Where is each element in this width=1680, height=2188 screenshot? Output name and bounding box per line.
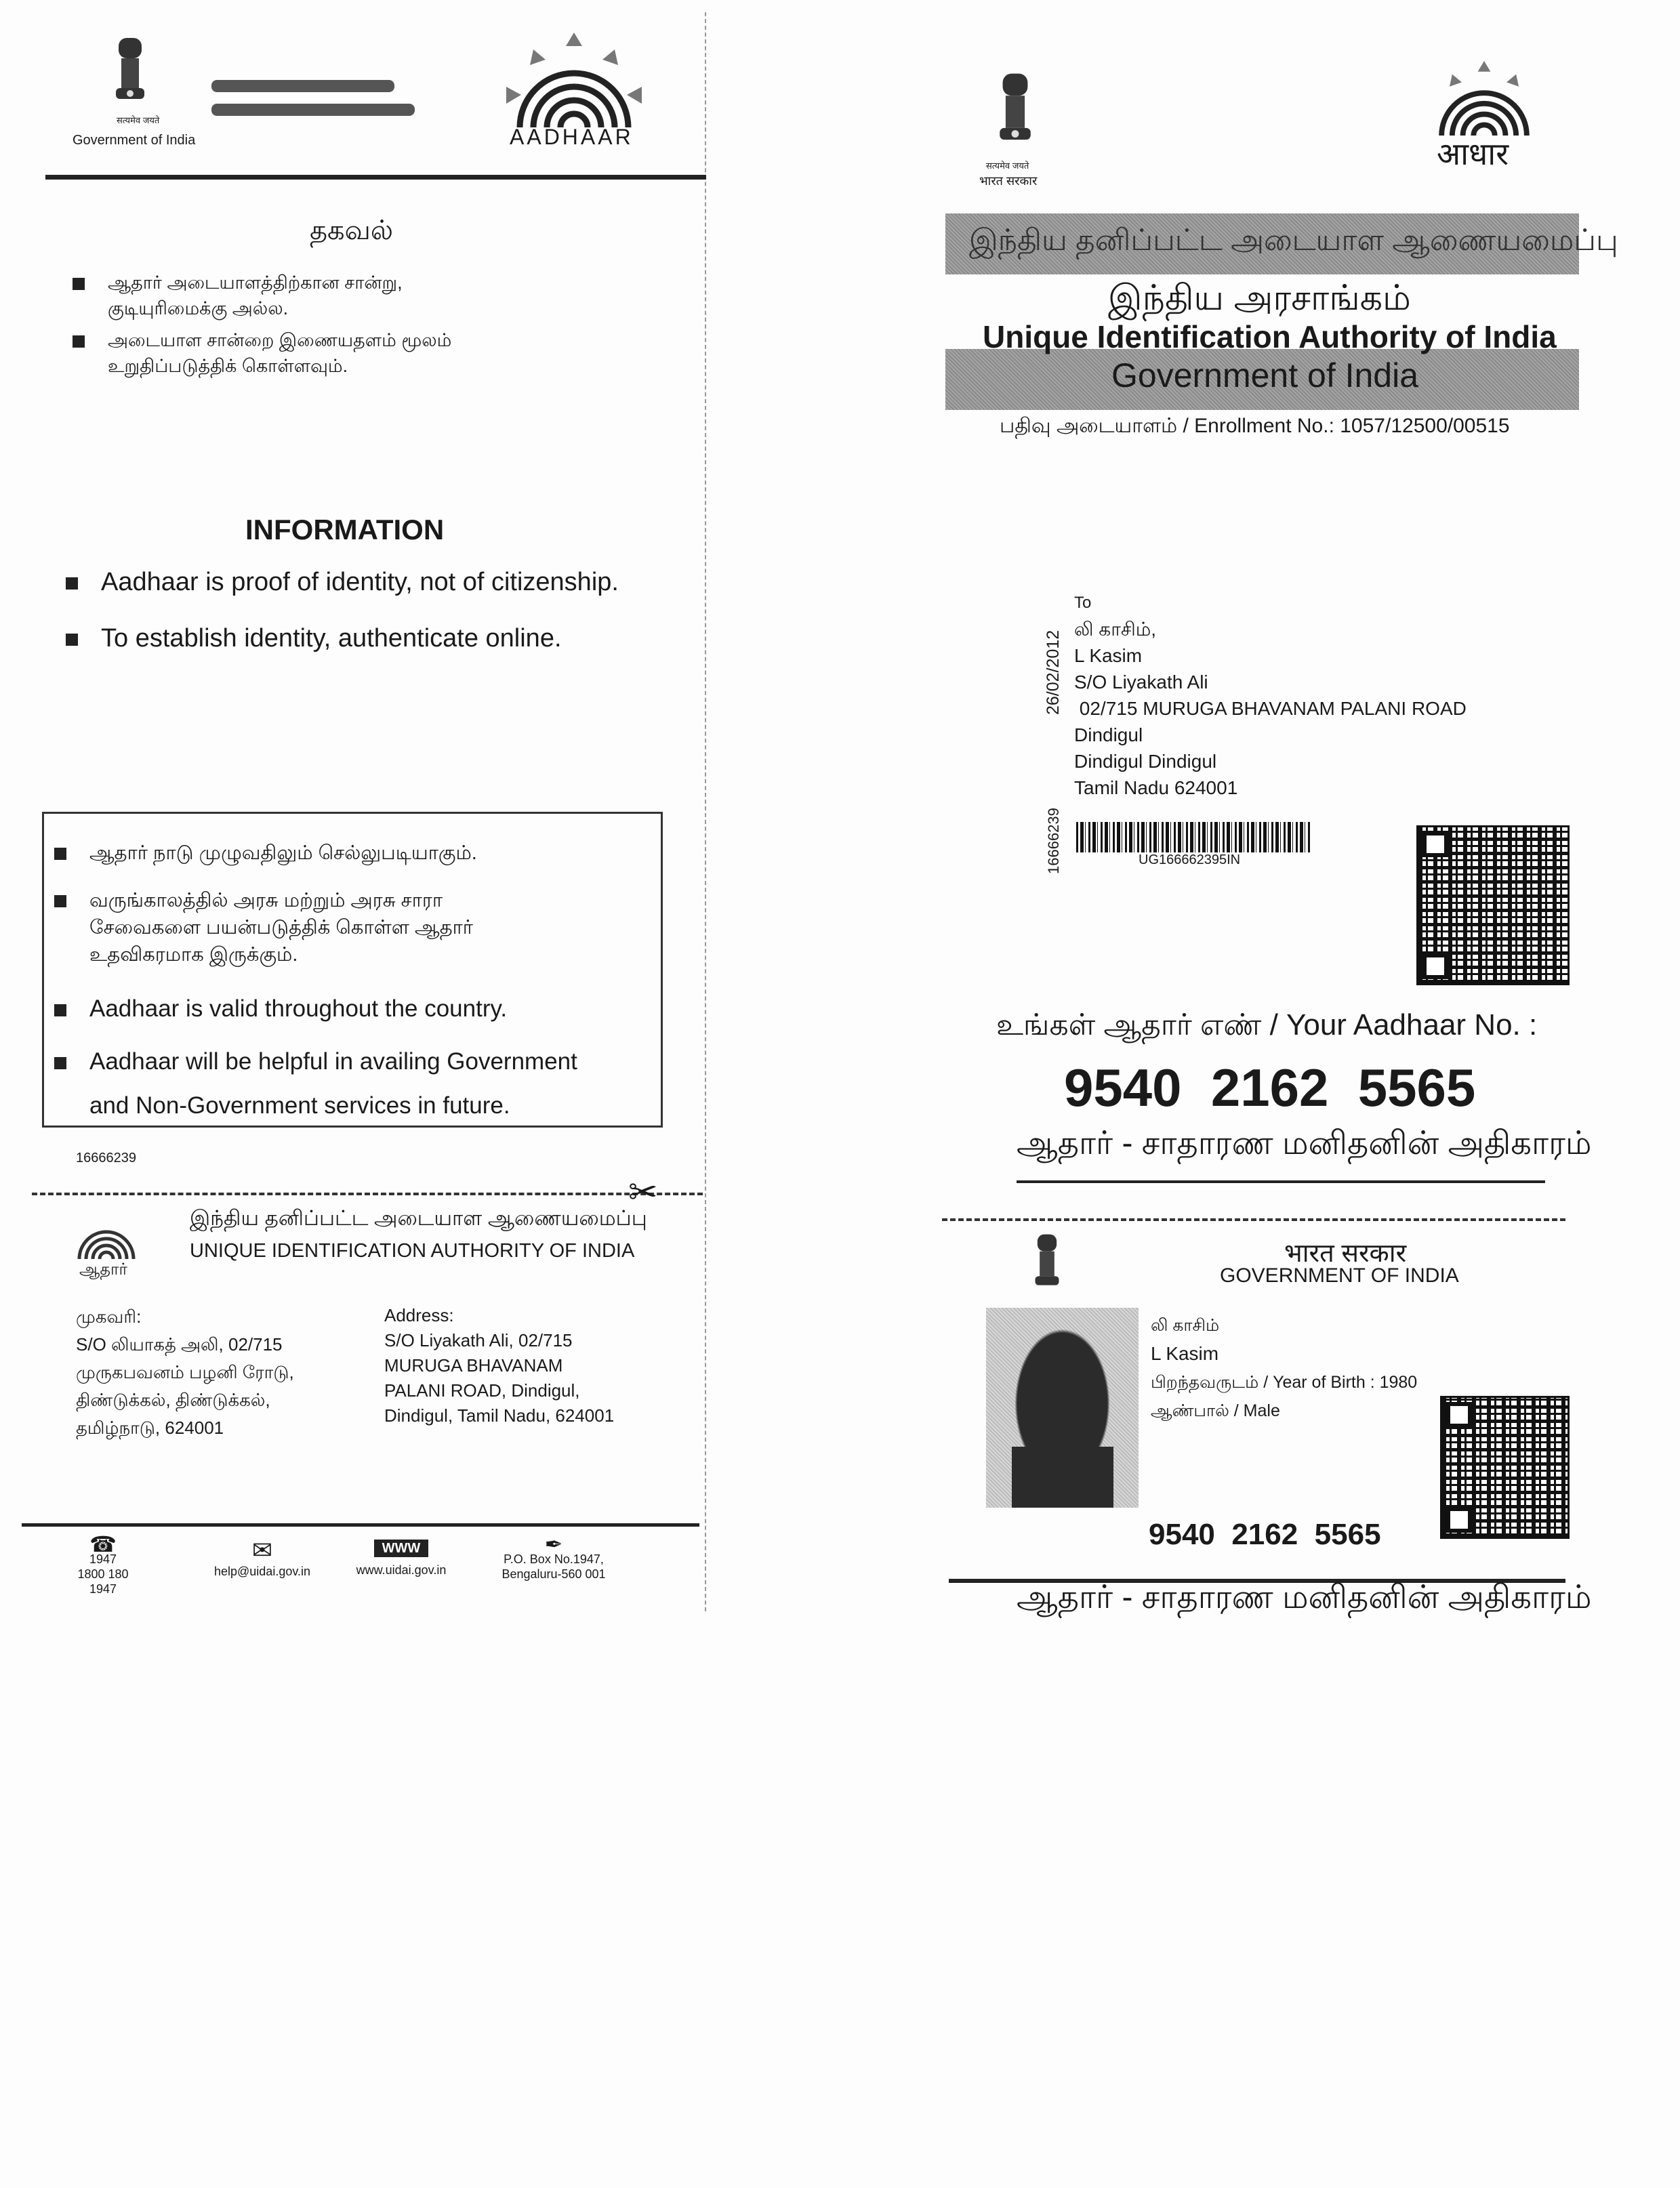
pen-nib-icon: ✒ xyxy=(486,1537,621,1552)
letter-date: 26/02/2012 xyxy=(1044,630,1063,715)
redacted-line xyxy=(211,80,394,92)
bullet-icon xyxy=(66,634,78,646)
enrollment-number: பதிவு அடையாளம் / Enrollment No.: 1057/12… xyxy=(1000,415,1510,440)
letter-address: To லி காசிம், L Kasim S/O Liyakath Ali 0… xyxy=(1074,590,1467,801)
english-info-item: Aadhaar is proof of identity, not of cit… xyxy=(66,568,619,597)
aadhaar-logo-label: ஆதார் xyxy=(79,1260,127,1281)
bullet-icon xyxy=(54,1004,66,1016)
tamil-info-item: அடையாள சான்றை இணையதளம் மூலம் உறுதிப்படுத… xyxy=(73,327,451,379)
address-english: Address: S/O Liyakath Ali, 02/715 MURUGA… xyxy=(384,1303,614,1428)
validity-info-box: ஆதார் நாடு முழுவதிலும் செல்லுபடியாகும். … xyxy=(42,812,663,1128)
aadhaar-number: 9540 2162 5565 xyxy=(1064,1057,1475,1119)
validity-item: வருங்காலத்தில் அரசு மற்றும் அரசு சாரா சே… xyxy=(54,887,473,968)
authority-english-name: Unique Identification Authority of India xyxy=(983,318,1557,355)
validity-item: Aadhaar will be helpful in availing Gove… xyxy=(54,1039,577,1128)
website-link[interactable]: www.uidai.gov.in xyxy=(344,1563,459,1577)
telephone-icon: ☎ xyxy=(66,1537,140,1552)
aadhaar-fingerprint-logo-icon xyxy=(1416,61,1552,136)
www-icon: WWW xyxy=(374,1540,429,1557)
emblem-motto: सत्यमेव जयते xyxy=(117,114,159,126)
card-details: லி காசிம் L Kasim பிறந்தவருடம் / Year of… xyxy=(1151,1311,1417,1425)
authority-english-gov: Government of India xyxy=(1111,356,1418,395)
postal-barcode xyxy=(1076,822,1310,852)
authority-tamil-gov: இந்திய அரசாங்கம் xyxy=(1108,278,1411,323)
aadhaar-logo-label: आधार xyxy=(1437,132,1509,174)
address-tamil: முகவரி: S/O லியாகத் அலி, 02/715 முருகபவன… xyxy=(76,1303,294,1442)
letter-qr-code xyxy=(1416,825,1570,985)
bullet-icon xyxy=(66,577,78,590)
validity-item: ஆதார் நாடு முழுவதிலும் செல்லுபடியாகும். xyxy=(54,842,477,867)
aadhaar-fingerprint-logo-icon xyxy=(73,1212,140,1259)
cut-line xyxy=(942,1218,1565,1221)
footer-email: ✉ help@uidai.gov.in xyxy=(194,1537,330,1579)
email-link[interactable]: help@uidai.gov.in xyxy=(194,1564,330,1579)
header-divider xyxy=(45,175,706,180)
card-photo xyxy=(986,1308,1139,1508)
tamil-info-item: ஆதார் அடையாளத்திற்கான சான்று, குடியுரிமை… xyxy=(73,270,403,321)
envelope-icon: ✉ xyxy=(194,1537,330,1564)
redacted-line xyxy=(211,104,415,116)
aadhaar-number-label: உங்கள் ஆதார் எண் / Your Aadhaar No. : xyxy=(996,1008,1537,1046)
aadhaar-logo-label: AADHAAR xyxy=(510,125,634,150)
national-emblem-icon xyxy=(106,33,154,114)
cut-line xyxy=(32,1193,703,1195)
bullet-icon xyxy=(73,335,85,348)
english-info-title: INFORMATION xyxy=(245,514,444,546)
reference-number: 16666239 xyxy=(76,1151,136,1166)
emblem-motto: सत्यमेव जयते xyxy=(986,159,1029,171)
information-sheet: सत्यमेव जयते Government of India AADHAAR… xyxy=(42,12,706,1611)
validity-item: Aadhaar is valid throughout the country. xyxy=(54,995,507,1023)
footer-post: ✒ P.O. Box No.1947, Bengaluru-560 001 xyxy=(486,1537,621,1582)
authority-tamil-name: இந்திய தனிப்பட்ட அடையாள ஆணையமைப்பு xyxy=(190,1206,647,1233)
bullet-icon xyxy=(73,278,85,290)
gov-label: Government of India xyxy=(73,133,195,148)
divider xyxy=(1017,1180,1545,1183)
aadhaar-letter: सत्यमेव जयते भारत सरकार आधार இந்திய தனிப… xyxy=(942,0,1579,1640)
card-tagline: ஆதார் - சாதாரண மனிதனின் அதிகாரம் xyxy=(1017,1579,1591,1620)
barcode-text: UG166662395IN xyxy=(1139,852,1240,868)
card-aadhaar-number: 9540 2162 5565 xyxy=(1149,1518,1381,1552)
aadhaar-fingerprint-logo-icon xyxy=(493,33,655,127)
english-info-item: To establish identity, authenticate onli… xyxy=(66,624,562,653)
national-emblem-icon xyxy=(988,68,1042,156)
national-emblem-icon xyxy=(1027,1230,1067,1298)
card-qr-code xyxy=(1440,1396,1570,1539)
gov-label-hindi: भारत सरकार xyxy=(979,173,1037,189)
letter-reference: 16666239 xyxy=(1045,808,1063,874)
tamil-info-title: தகவல் xyxy=(310,215,393,249)
bullet-icon xyxy=(54,1057,66,1069)
authority-tamil-band: இந்திய தனிப்பட்ட அடையாள ஆணையமைப்பு xyxy=(969,224,1618,262)
footer-phone: ☎ 1947 1800 180 1947 xyxy=(66,1537,140,1596)
tagline: ஆதார் - சாதாரண மனிதனின் அதிகாரம் xyxy=(1017,1125,1591,1166)
bullet-icon xyxy=(54,895,66,907)
footer-web: WWW www.uidai.gov.in xyxy=(344,1540,459,1577)
authority-english-name: UNIQUE IDENTIFICATION AUTHORITY OF INDIA xyxy=(190,1240,634,1262)
footer-divider xyxy=(22,1523,699,1527)
bullet-icon xyxy=(54,848,66,860)
card-gov-english: GOVERNMENT OF INDIA xyxy=(1220,1264,1459,1287)
